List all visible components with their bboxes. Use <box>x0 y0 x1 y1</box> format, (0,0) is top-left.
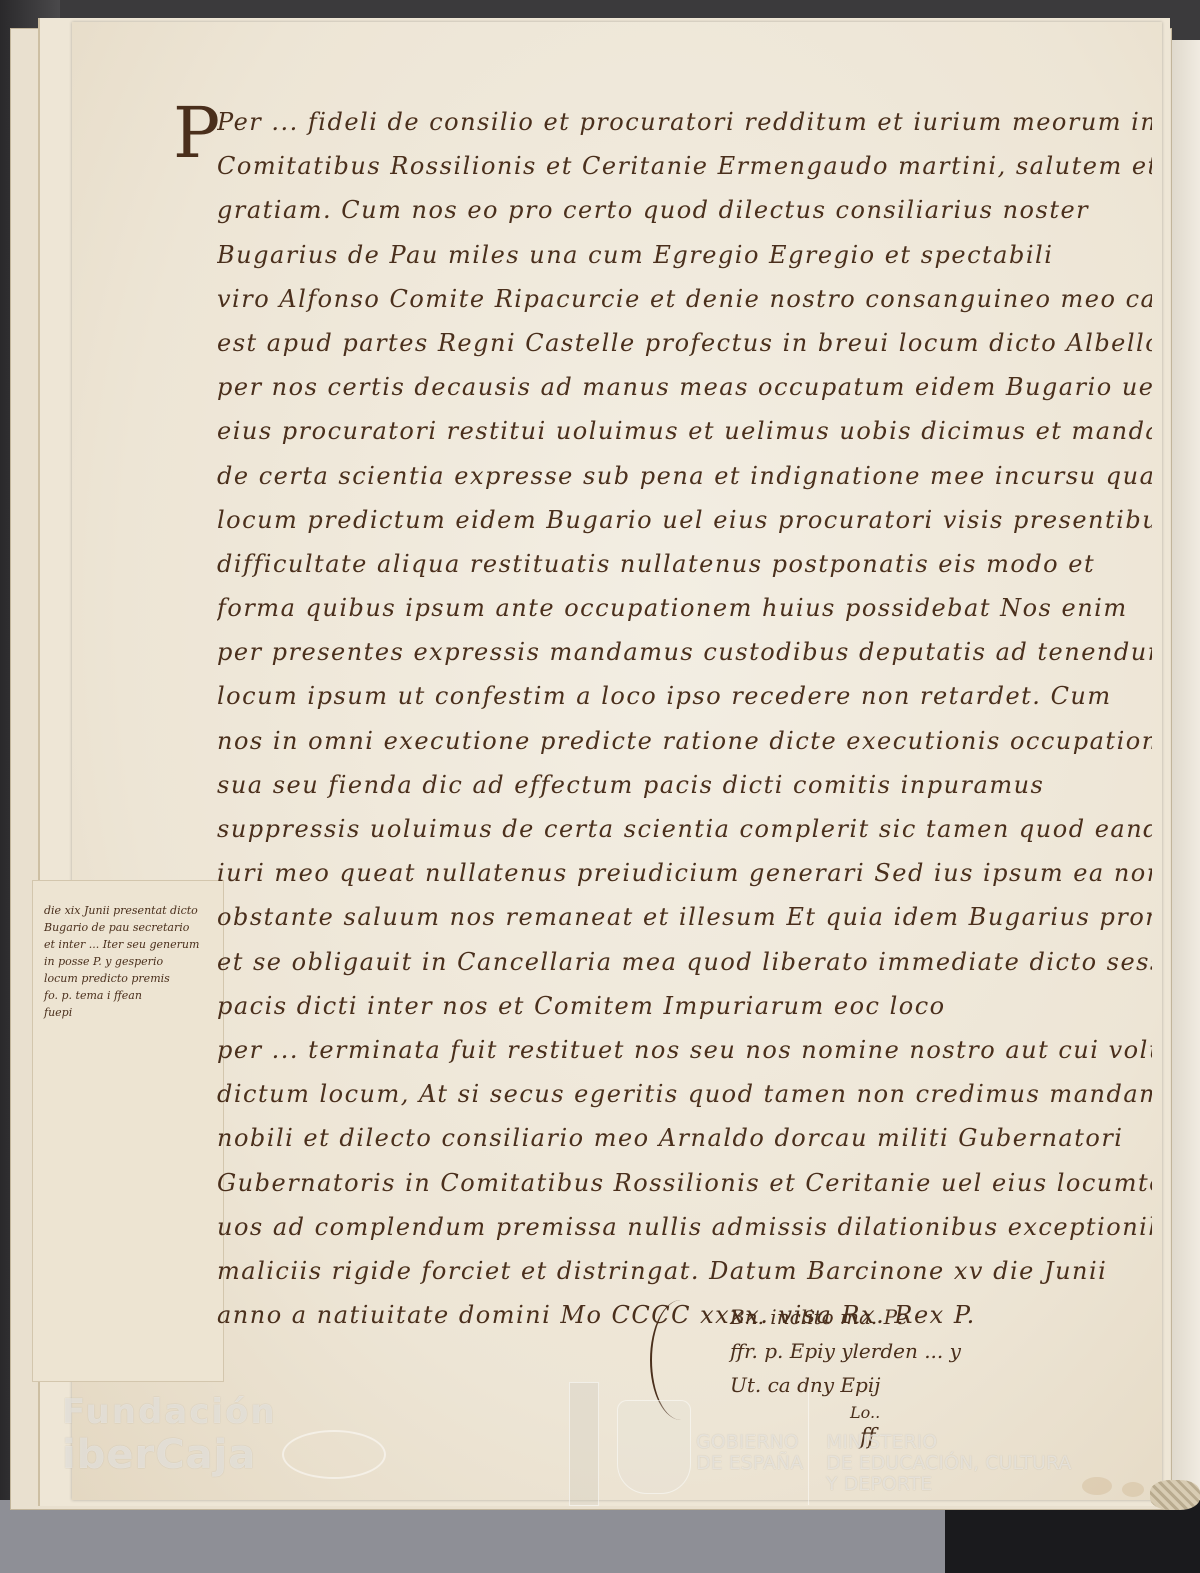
watermark-ministerio-line: MINISTERIO <box>826 1432 1071 1453</box>
text-line: forma quibus ipsum ante occupationem hui… <box>217 586 1152 630</box>
text-line: difficultate aliqua restituatis nullaten… <box>217 542 1152 586</box>
text-line: viro Alfonso Comite Ripacurcie et denie … <box>217 277 1152 321</box>
margin-note-line: Bugario de pau secretario <box>44 919 219 936</box>
text-line: maliciis rigide forciet et distringat. D… <box>217 1249 1152 1293</box>
text-line: nobili et dilecto consiliario meo Arnald… <box>217 1116 1152 1160</box>
margin-note-line: locum predicto premis <box>44 970 219 987</box>
watermark-separator <box>808 1385 809 1505</box>
text-line: Gubernatoris in Comitatibus Rossilionis … <box>217 1161 1152 1205</box>
watermark-gobierno-line: GOBIERNO <box>696 1432 803 1453</box>
signature-line: ffr. p. Epiy ylerden ... y <box>690 1334 1050 1368</box>
text-line: locum ipsum ut confestim a loco ipso rec… <box>217 674 1152 718</box>
ibercaja-logo-icon <box>282 1430 386 1479</box>
manuscript-page: die xix Junii presentat dicto Bugario de… <box>72 22 1162 1500</box>
paper-stain <box>1082 1477 1112 1495</box>
watermark-gobierno-line: DE ESPAÑA <box>696 1453 803 1474</box>
text-line: nos in omni executione predicte ratione … <box>217 719 1152 763</box>
watermark-fundacion: Fundación <box>62 1392 277 1432</box>
signature-line: Bn. inclito ma. Pe <box>690 1300 1050 1334</box>
margin-note-line: fuepi <box>44 1004 219 1021</box>
text-line: dictum locum, At si secus egeritis quod … <box>217 1072 1152 1116</box>
watermark-ministerio-line: Y DEPORTE <box>826 1474 1071 1495</box>
text-line: per ... terminata fuit restituet nos seu… <box>217 1028 1152 1072</box>
text-line: est apud partes Regni Castelle profectus… <box>217 321 1152 365</box>
text-line: et se obligauit in Cancellaria mea quod … <box>217 940 1152 984</box>
watermark-gobierno: GOBIERNO DE ESPAÑA <box>696 1432 803 1474</box>
signature-line: Ut. ca dny Epij <box>690 1368 1050 1402</box>
text-line: per nos certis decausis ad manus meas oc… <box>217 365 1152 409</box>
signature-block: Bn. inclito ma. Pe ffr. p. Epiy ylerden … <box>690 1300 1050 1452</box>
paper-stain <box>1122 1482 1144 1497</box>
text-line: locum predictum eidem Bugario uel eius p… <box>217 498 1152 542</box>
text-line: Comitatibus Rossilionis et Ceritanie Erm… <box>217 144 1152 188</box>
watermark-ministerio-line: DE EDUCACIÓN, CULTURA <box>826 1453 1071 1474</box>
text-line: eius procuratori restitui uoluimus et ue… <box>217 409 1152 453</box>
margin-note-line: et inter ... Iter seu generum <box>44 936 219 953</box>
text-line: de certa scientia expresse sub pena et i… <box>217 454 1152 498</box>
signature-line: Lo.. <box>690 1402 1050 1424</box>
text-line: iuri meo queat nullatenus preiudicium ge… <box>217 851 1152 895</box>
coat-of-arms-icon <box>617 1400 691 1494</box>
margin-note: die xix Junii presentat dicto Bugario de… <box>44 902 219 1021</box>
margin-note-line: die xix Junii presentat dicto <box>44 902 219 919</box>
text-line: uos ad complendum premissa nullis admiss… <box>217 1205 1152 1249</box>
text-line: suppressis uoluimus de certa scientia co… <box>217 807 1152 851</box>
text-line: per presentes expressis mandamus custodi… <box>217 630 1152 674</box>
margin-note-line: fo. p. tema i ffean <box>44 987 219 1004</box>
scan-background-bottom <box>0 1500 950 1573</box>
text-line: Per ... fideli de consilio et procurator… <box>217 100 1152 144</box>
text-line: obstante saluum nos remaneat et illesum … <box>217 895 1152 939</box>
text-line: pacis dicti inter nos et Comitem Impuria… <box>217 984 1152 1028</box>
initial-letter: P <box>173 92 220 174</box>
binding-string <box>1150 1480 1200 1510</box>
manuscript-text: P Per ... fideli de consilio et procurat… <box>217 100 1152 1337</box>
margin-note-line: in posse P. y gesperio <box>44 953 219 970</box>
spain-flag-icon <box>569 1382 599 1506</box>
text-line: gratiam. Cum nos eo pro certo quod dilec… <box>217 188 1152 232</box>
text-line: sua seu fienda dic ad effectum pacis dic… <box>217 763 1152 807</box>
watermark-ibercaja: iberCaja <box>62 1432 256 1478</box>
watermark-ministerio: MINISTERIO DE EDUCACIÓN, CULTURA Y DEPOR… <box>826 1432 1071 1495</box>
text-line: Bugarius de Pau miles una cum Egregio Eg… <box>217 233 1152 277</box>
